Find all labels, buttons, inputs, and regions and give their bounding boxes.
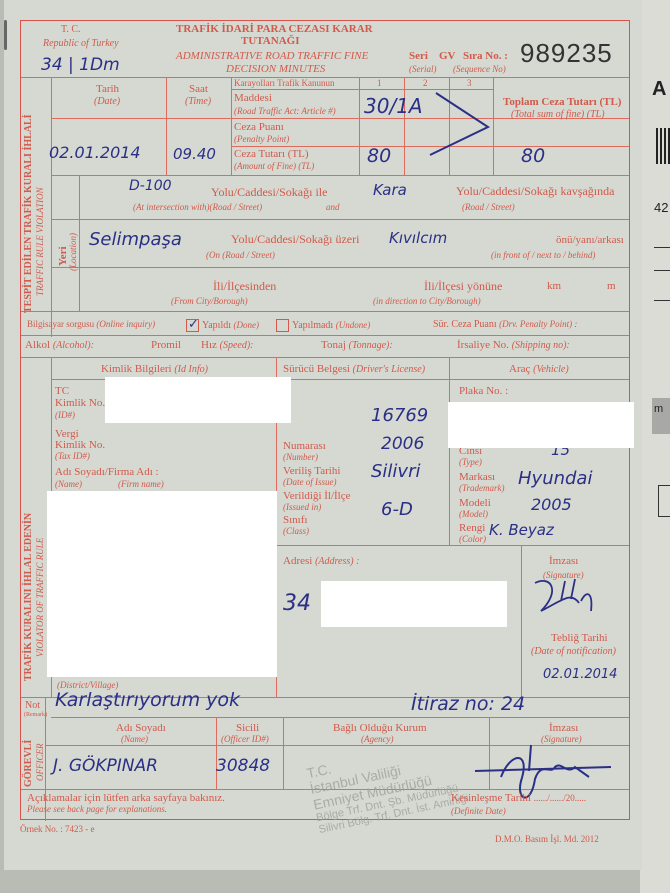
total-en: (Total sum of fine) (TL) [511,110,605,121]
time-label: Saat [189,84,208,96]
total-value: 80 [521,145,545,167]
article-label: Maddesi [234,93,272,105]
brand-label: Markası [459,472,495,484]
near-value: Kıvılcım [389,229,447,247]
address-value: 34 [283,591,311,616]
officer-name-value: J. GÖKPINAR [53,756,158,776]
direction-en: (in direction to City/Borough) [373,297,481,306]
color-en: (Color) [459,535,486,544]
violation-side-label: TESPİT EDİLEN TRAFİK KURALI İHLALİ [23,114,34,313]
form-frame: T. C. Republic of Turkey TRAFİK İDARİ PA… [20,20,630,820]
near-en: (in front of / next to / behind) [491,251,595,260]
drv-penalty-en: (Drv. Penalty Point) : [499,319,577,329]
undone-label: Yapılmadı [292,320,333,331]
definite-date-en: (Definite Date) [451,807,506,816]
sample-number: Örnek No. : 7423 - e [20,825,94,834]
shipping-en: (Shipping no): [512,340,570,351]
redacted-address [321,581,507,627]
color-label: Rengi [459,523,485,535]
law-label: Karayolları Trafik Kanunun [234,79,334,88]
serial-en: (Serial) [409,65,437,74]
definite-date-blank[interactable]: ....../....../20..... [534,793,586,803]
divider [654,270,670,271]
road1-value: D-100 [129,178,172,194]
violator-side-label: TRAFİK KURALINI İHLAL EDENİN [23,513,34,681]
check-icon: ✓ [188,317,199,331]
inquiry-done[interactable]: ✓Yapıldı (Done) [186,319,259,332]
from-label: İli/İlçesinden [213,280,276,293]
issued-in-label: Verildiği İl/İlçe [283,491,351,503]
officer-id-label: Sicili [236,723,259,735]
tc-id-label: TC [55,386,69,398]
issued-in-value: Silivri [371,461,420,482]
road2-label: Yolu/Caddesi/Sokağı kavşağında [456,185,614,198]
and-label: and [326,203,340,212]
title-en-1: ADMINISTRATIVE ROAD TRAFFIC FINE [176,51,368,63]
penalty-en: (Penalty Point) [234,135,289,144]
license-number-value: 16769 [371,405,428,426]
officer-name-en: (Name) [121,735,148,744]
road2-en: (Road / Street) [462,203,515,212]
id-heading: Kimlik Bilgileri [101,363,172,375]
redacted-plate [448,402,634,448]
km-label: km [547,281,561,293]
tax-label-2: Kimlik No. [55,440,105,452]
divider [654,247,670,248]
on-value: Selimpaşa [89,229,182,250]
barcode-icon [656,128,670,164]
road1-label: Yolu/Caddesi/Sokağı ile [211,186,327,199]
m-label: m [607,281,616,293]
date-label: Tarih [96,84,119,96]
officer-name-label: Adı Soyadı [116,723,166,735]
road1-en: (At intersection with)(Road / Street) [133,203,262,212]
vehicle-heading: Araç [509,363,530,375]
drv-penalty-label: Sür. Ceza Puanı [433,319,497,330]
near-label: önü/yanı/arkası [556,235,624,247]
note-label: Not [25,701,40,712]
address-label: Adresi [283,555,312,567]
serial-value: GV [439,51,456,63]
done-en: (Done) [234,320,260,330]
note-en: (Remark) [24,712,47,718]
firm-en: (Firm name) [118,480,164,489]
speed-en: (Speed): [220,340,254,351]
undone-en: (Undone) [336,320,371,330]
model-value: 2005 [531,495,572,514]
done-label: Yapıldı [202,320,231,331]
redacted-name [47,491,277,677]
redacted-id [105,377,291,423]
tc-id-en: (ID#) [55,411,75,420]
notification-value: 02.01.2014 [543,667,617,682]
note-value: Karlaştırıyorum yok [55,689,240,711]
tonnage-en: (Tonnage): [349,340,393,351]
location-side-label-en: (Location) [68,233,78,271]
shipping-label: İrsaliye No. [457,339,509,351]
issue-date-value: 2006 [381,434,424,454]
amount-label: Ceza Tutarı (TL) [234,149,309,161]
title-en-2: DECISION MINUTES [226,64,325,76]
violator-signature [521,571,611,631]
inquiry-label: Bilgisayar sorgusu [27,319,94,329]
sequence-label: Sıra No. : [463,51,508,63]
title-tr-2: TUTANAĞI [241,36,299,48]
on-en: (On (Road / Street) [206,251,275,260]
undone-checkbox[interactable] [276,319,289,332]
officer-side-label: GÖREVLİ [23,740,34,787]
inquiry-undone[interactable]: Yapılmadı (Undone) [276,319,370,332]
sequence-en: (Sequence No) [453,65,506,74]
violation-side-label-en: TRAFFIC RULE VIOLATION [35,187,45,296]
note-value-2: İtiraz no: 24 [411,693,525,715]
road2-value: Kara [373,181,407,199]
definite-date-label: Kesinleşme Tarihi [451,792,531,804]
staple [4,20,7,50]
tonnage-label: Tonaj [321,339,346,351]
from-en: (From City/Borough) [171,297,248,306]
type-en: (Type) [459,458,482,467]
inquiry-en: (Online inquiry) [96,319,155,329]
id-heading-en: (Id Info) [174,364,208,375]
column-3: 3 [467,79,472,88]
promil-label: Promil [151,340,181,352]
article-value: 30/1A [364,94,423,118]
time-en: (Time) [185,97,211,108]
republic-label: Republic of Turkey [43,39,119,50]
name-en: (Name) [55,480,82,489]
background-text: m [654,403,663,415]
tc-label: T. C. [61,25,81,36]
explanation-tr: Açıklamalar için lütfen arka sayfaya bak… [27,793,225,805]
serial-label: Seri [409,51,428,63]
issue-date-en: (Date of Issue) [283,478,337,487]
amount-en: (Amount of Fine) (TL) [234,162,314,171]
date-en: (Date) [94,97,120,108]
vehicle-heading-en: (Vehicle) [533,364,569,375]
agency-label: Bağlı Olduğu Kurum [333,723,427,735]
column-2: 2 [423,79,428,88]
handwritten-code: 34 | 1Dm [41,55,120,75]
alcohol-en: (Alcohol): [53,340,94,351]
violator-signature-label: İmzası [549,556,578,568]
alcohol-label: Alkol [25,339,50,351]
total-label: Toplam Ceza Tutarı (TL) [503,97,621,109]
background-number: 42 [654,200,668,215]
brand-value: Hyundai [518,468,592,489]
column-1: 1 [377,79,382,88]
notification-en: (Date of notification) [531,647,616,658]
title-tr-1: TRAFİK İDARİ PARA CEZASI KARAR [176,24,373,36]
class-label: Sınıfı [283,515,307,527]
amount-value: 80 [367,145,391,167]
date-value: 02.01.2014 [49,143,141,162]
license-heading-en: (Driver's License) [353,364,425,375]
printer-info: D.M.O. Basım İşl. Md. 2012 [495,835,599,844]
time-value: 09.40 [173,145,216,163]
agency-en: (Agency) [361,735,393,744]
background-letter: A [652,78,666,101]
tax-en: (Tax ID#) [55,452,90,461]
article-en: (Road Traffic Act: Article #) [234,107,336,116]
officer-side-label-en: OFFICER [35,744,45,782]
plate-label: Plaka No. : [459,386,508,398]
brand-en: (Trademark) [459,484,505,493]
license-number-label: Numarası [283,441,326,453]
explanation-en: Please see back page for explanations. [27,805,167,814]
divider [654,300,670,301]
license-heading: Sürücü Belgesi [283,363,350,375]
officer-id-value: 30848 [216,756,270,776]
model-en: (Model) [459,510,488,519]
done-checkbox[interactable]: ✓ [186,319,199,332]
background-box [658,485,670,517]
model-label: Modeli [459,498,491,510]
arrow-mark [416,91,496,161]
background-sheet: A 42 m [640,0,670,893]
on-label: Yolu/Caddesi/Sokağı üzeri [231,233,359,246]
notification-label: Tebliğ Tarihi [551,633,608,645]
class-en: (Class) [283,527,309,536]
issue-date-label: Veriliş Tarihi [283,466,340,478]
speed-label: Hız [201,339,217,351]
name-label: Adı Soyadı/Firma Adı : [55,467,159,479]
tc-id-label-2: Kimlik No. [55,398,105,410]
penalty-label: Ceza Puanı [234,122,284,134]
address-en: (Address) : [315,556,359,567]
issued-in-en: (Issued in) [283,503,321,512]
color-value: K. Beyaz [489,521,554,539]
class-value: 6-D [381,499,413,520]
sequence-number: 989235 [520,38,613,69]
violator-side-label-en: VIOLATOR OF TRAFFIC RULE [35,538,45,657]
officer-id-en: (Officer ID#) [221,735,269,744]
direction-label: İli/İlçesi yönüne [424,280,502,293]
license-number-en: (Number) [283,453,318,462]
